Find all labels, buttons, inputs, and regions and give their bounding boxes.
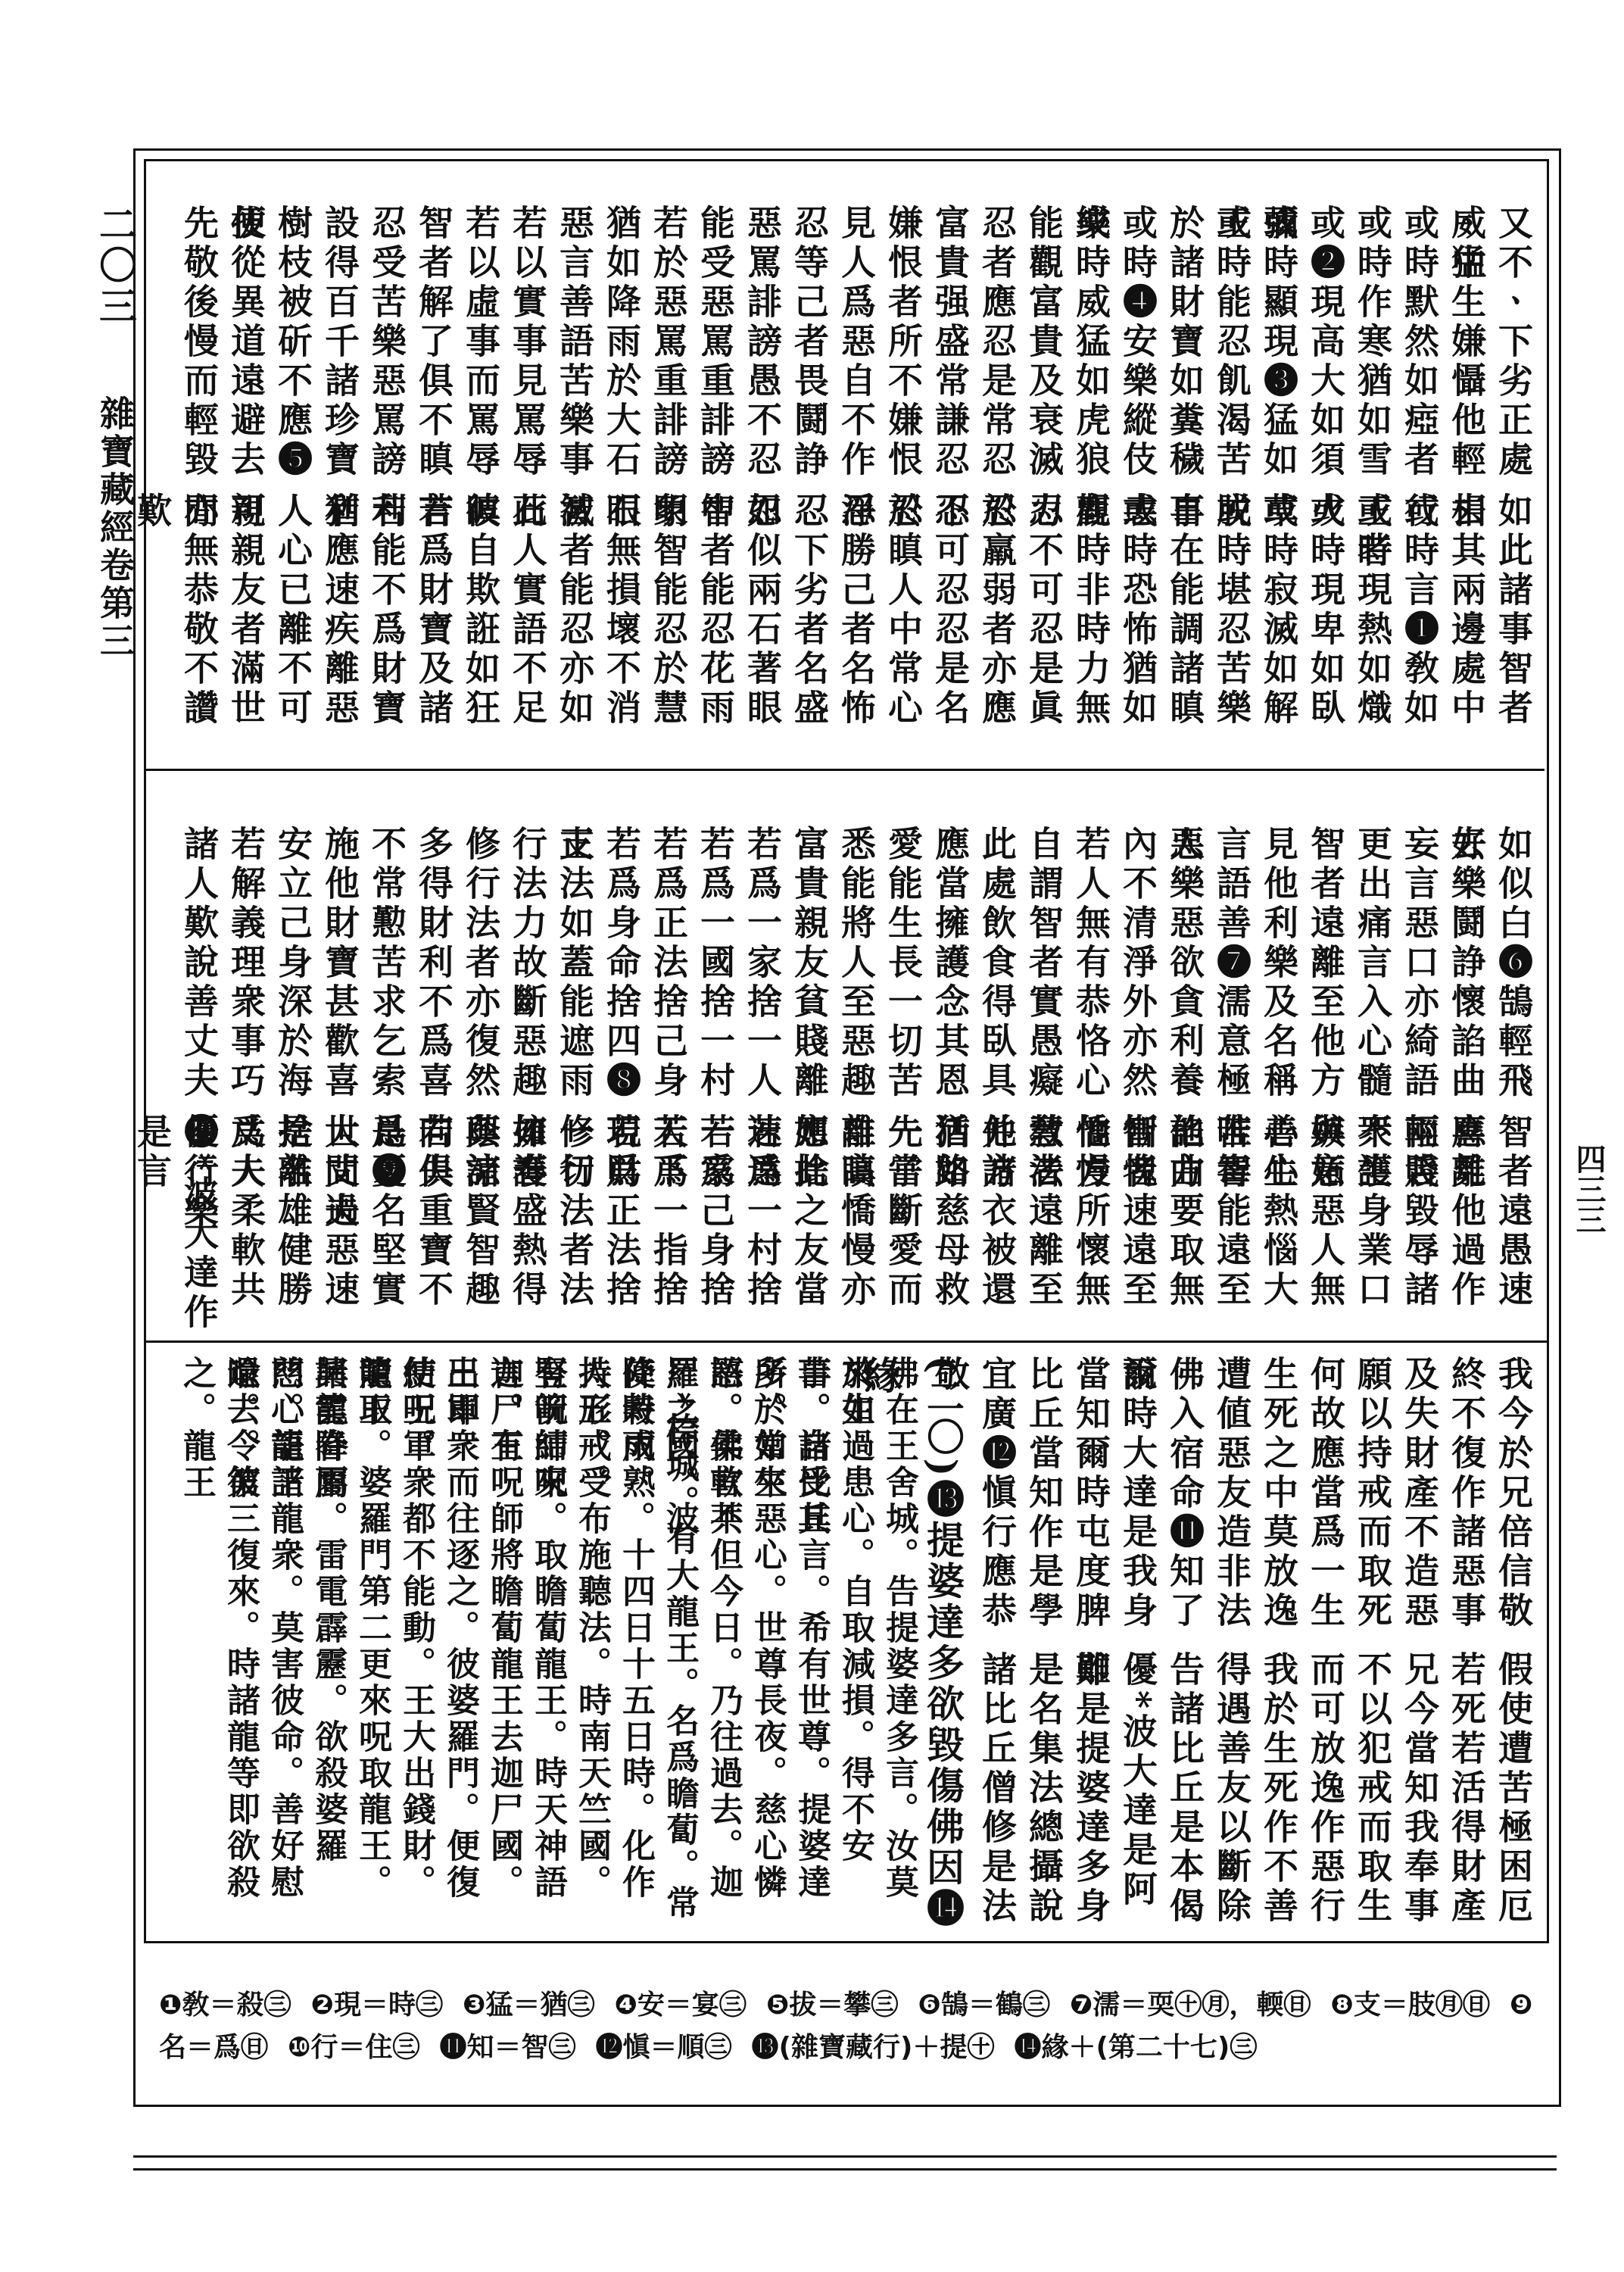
verse-line: 忍等己者畏鬪諍 xyxy=(786,204,833,492)
verse-line: 設得百千諸珍寶 xyxy=(316,204,363,492)
upper-verse-column: 或時顯現❸猛如王或時寂滅如解脱 xyxy=(1255,204,1302,765)
verse-line: 諸比丘僧修是法 xyxy=(974,1651,1021,1939)
verse-line: 即是提婆達多身 xyxy=(1068,1651,1114,1939)
middle-verse-column: 如似白❻鵠輕飛去智者遠愚速應離 xyxy=(1490,825,1537,1340)
verse-line: 猶應速疾離惡人 xyxy=(316,492,363,765)
verse-line: 亦無恭敬不讚歎 xyxy=(176,492,223,765)
verse-line: 遭値惡友造非法 xyxy=(1208,1356,1255,1651)
footnote: ⓫知＝智㊂ xyxy=(440,2032,576,2063)
verse-line: 多得財利不爲喜 xyxy=(410,825,457,1113)
verse-line: 或❷現高大如須彌 xyxy=(1302,204,1349,492)
verse-line: 樹枝被斫不應❺拔 xyxy=(270,204,316,492)
verse-line: 諸人歎說善丈夫 xyxy=(176,825,223,1113)
verse-line: 得遇善友以斷除 xyxy=(1208,1651,1255,1939)
verse-line: 妄言惡口亦綺語 xyxy=(1396,825,1443,1113)
verse-line: 富貴强盛常謙忍 xyxy=(927,204,974,492)
verse-line: 何故應當爲一生 xyxy=(1302,1356,1349,1651)
middle-verse-column: 若爲一國捨一村若爲己身捨天下 xyxy=(692,825,739,1340)
lower-verse-column: 何故應當爲一生而可放逸作惡行 xyxy=(1302,1356,1349,1946)
middle-verse-column: 行法力故斷惡趣如春盛熱得蔭涼 xyxy=(504,825,551,1340)
upper-verse-column: 若以實事見罵辱此人實語不足瞋 xyxy=(504,204,551,765)
verse-line: 惡罵誹謗愚不忍 xyxy=(739,204,786,492)
verse-line: 如似兩石著眼中 xyxy=(739,492,786,765)
verse-line: 若人無有恭恪心 xyxy=(1068,825,1114,1113)
verse-line: 兄今當知我奉事 xyxy=(1396,1651,1443,1939)
verse-line: 若爲財寶及諸利 xyxy=(410,492,457,765)
middle-verse-column: 富貴親友貧賤離如此之友當速遠 xyxy=(786,825,833,1340)
verse-line: 我於生死作不善 xyxy=(1255,1651,1302,1939)
middle-verse-column: 智者遠離至他方嫉妬惡人無善心 xyxy=(1302,825,1349,1340)
verse-line: 內不清淨外亦然 xyxy=(1114,825,1161,1113)
verse-line: 若爲正法捨己身 xyxy=(645,825,692,1113)
verse-line: 能觀富貴及衰滅 xyxy=(1021,204,1068,492)
verse-line: 或時默然如瘂者 xyxy=(1396,204,1443,492)
footnote: ⓭(雜寶藏行)＋提㊉ xyxy=(752,2032,995,2063)
verse-line: 不常懃苦求乞索 xyxy=(363,825,410,1113)
middle-verse-column: 見他利樂及名稱心生熱惱大苦毒 xyxy=(1255,825,1302,1340)
verse-line: 忍勝己者名怖忍 xyxy=(833,492,880,765)
upper-verse-column: 又不ㆍ下劣正處ㆍ中如此諸事智者相 xyxy=(1490,204,1537,765)
verse-line: 愛能生長一切苦 xyxy=(880,825,927,1113)
upper-verse-column: 若於惡罵重誹謗明智能忍於慧眼 xyxy=(645,204,692,765)
verse-line: 智者遠離至他方 xyxy=(1302,825,1349,1113)
verse-line: 及失財產不造惡 xyxy=(1396,1356,1443,1651)
verse-line: 去其兩邊處中行 xyxy=(1443,492,1490,765)
verse-line: 不以犯戒而取生 xyxy=(1349,1651,1396,1939)
verse-line: 言語善❼濡意極惡 xyxy=(1208,825,1255,1113)
footnote: ❽支＝肢㊊㊐ xyxy=(1330,1990,1489,2021)
verse-line: 宜廣⓬愼行應恭敬 xyxy=(974,1356,1021,1651)
upper-verse-column: 或時能忍飢渴苦或時堪忍苦樂事 xyxy=(1208,204,1255,765)
verse-line: 忍者應忍是常忍 xyxy=(974,204,1021,492)
footnote: ❹安＝宴㊂ xyxy=(614,1990,746,2021)
verse-line: 又不ㆍ下劣正處ㆍ中 xyxy=(1490,204,1537,492)
upper-verse-column: 或時默然如瘂者或時言❶敎如王者 xyxy=(1396,204,1443,765)
middle-verse-column: 若爲身命捨四❽支若爲正法捨一切 xyxy=(598,825,645,1340)
middle-verse-column: 應當擁護念其恩猶如慈母救一子 xyxy=(927,825,974,1340)
verse-line: 或時能忍飢渴苦 xyxy=(1208,204,1255,492)
upper-verse-section: 又不ㆍ下劣正處ㆍ中如此諸事智者相威猛生嫌懾他輕去其兩邊處中行或時默然如瘂者或時言… xyxy=(159,204,1537,765)
upper-verse-column: 惡罵誹謗愚不忍如似兩石著眼中 xyxy=(739,204,786,765)
verse-line: 惡言善語苦樂事 xyxy=(551,204,598,492)
upper-verse-column: 便從異道遠避去可親友者滿世間 xyxy=(223,204,270,765)
verse-line: 忍不可忍是眞忍 xyxy=(1021,492,1068,765)
verse-line: 是名集法總攝說 xyxy=(1021,1651,1068,1939)
upper-verse-block: 又不ㆍ下劣正處ㆍ中如此諸事智者相威猛生嫌懾他輕去其兩邊處中行或時默然如瘂者或時言… xyxy=(176,204,1537,765)
lower-verse-column: 生死之中莫放逸我於生死作不善 xyxy=(1255,1356,1302,1946)
lower-verse-column: 比丘當知作是學是名集法總攝說 xyxy=(1021,1356,1068,1946)
verse-line: 我今於兄倍信敬 xyxy=(1490,1356,1537,1651)
middle-verse-column: 愛能生長一切苦先當斷愛而離瞋 xyxy=(880,825,927,1340)
lower-verse-column: 我今於兄倍信敬假使遭苦極困厄 xyxy=(1490,1356,1537,1946)
middle-verse-column: 自謂智者實愚癡慧者遠離至他方 xyxy=(1021,825,1068,1340)
bottom-double-rule xyxy=(133,2155,1557,2171)
middle-verse-column: 修行法者亦復然與諸賢智趣向俱 xyxy=(457,825,504,1340)
verse-line: 不可忍忍是名忍 xyxy=(927,492,974,765)
footnote: ❸猛＝猶㊂ xyxy=(463,1990,594,2021)
page-number: 四三三 xyxy=(1567,1144,1610,1234)
footnote: ❻鵠＝鶴㊂ xyxy=(918,1990,1049,2021)
middle-verse-column: 若人無有恭恪心憍慢所懷無敎法 xyxy=(1068,825,1114,1340)
verse-line: 若以虛事而罵辱 xyxy=(457,204,504,492)
upper-verse-column: 富貴强盛常謙忍不可忍忍是名忍 xyxy=(927,204,974,765)
verse-line: 若爲一國捨一村 xyxy=(692,825,739,1113)
verse-line: 人心已離不可親 xyxy=(270,492,316,765)
verse-line: 富貴親友貧賤離 xyxy=(786,825,833,1113)
verse-line: 當知爾時屯度脾 xyxy=(1068,1356,1114,1651)
verse-line: 智者能忍亦如石 xyxy=(551,492,598,765)
verse-line: 終不復作諸惡事 xyxy=(1443,1356,1490,1651)
verse-line: 於瞋人中常心淨 xyxy=(880,492,927,765)
verse-line: 或時作寒猶如雪 xyxy=(1349,204,1396,492)
verse-line: 此處飲食得臥具 xyxy=(974,825,1021,1113)
verse-line: 若於惡罵重誹謗 xyxy=(645,204,692,492)
verse-line: 更出痛言入心髓 xyxy=(1349,825,1396,1113)
middle-verse-column: 更出痛言入心髓不護身業口與意 xyxy=(1349,825,1396,1340)
upper-verse-column: 威猛生嫌懾他輕去其兩邊處中行 xyxy=(1443,204,1490,765)
lower-verse-column: 佛入宿命⓫知了說告諸比丘是本偈 xyxy=(1161,1356,1208,1946)
middle-verse-column: 人樂惡欲貪利養諂曲要取無慚愧 xyxy=(1161,825,1208,1340)
verse-line: 可親友者滿世間 xyxy=(223,492,270,765)
middle-verse-column: 諸人歎說善丈夫優*波大達作是言 xyxy=(176,825,223,1340)
prose-line: 龍王。婆羅門第二更來呪取龍王。諸龍眷屬 xyxy=(350,1356,394,1931)
verse-line: 生死之中莫放逸 xyxy=(1255,1356,1302,1651)
middle-verse-column: 不常懃苦求乞索是❾名堅實大丈夫 xyxy=(363,825,410,1340)
middle-verse-column: 施他財寶甚歡喜世間過惡速捨離 xyxy=(316,825,363,1340)
verse-line: 此人實語不足瞋 xyxy=(504,492,551,765)
lower-section: 我今於兄倍信敬假使遭苦極困厄終不復作諸惡事若死若活得財產及失財產不造惡兄今當知我… xyxy=(159,1356,1537,1946)
verse-line: 智者解了俱不瞋 xyxy=(410,204,457,492)
verse-line: 如此諸事智者相 xyxy=(1490,492,1537,765)
volume-page-number: 二〇三 xyxy=(93,204,137,327)
verse-line: 智者能忍花雨象 xyxy=(692,492,739,765)
middle-verse-column: 悉能將人至惡趣自高憍慢亦應捨 xyxy=(833,825,880,1340)
middle-verse-column: 多得財利不爲喜若失重寶不爲憂 xyxy=(410,825,457,1340)
verse-line: 或時❹安樂縱伎樂 xyxy=(1114,204,1161,492)
verse-line: 於諸財寶如糞穢 xyxy=(1161,204,1208,492)
verse-line: 自謂智者實愚癡 xyxy=(1021,825,1068,1113)
upper-verse-column: 猶如降雨於大石石無損壞不消滅 xyxy=(598,204,645,765)
middle-verse-section: 如似白❻鵠輕飛去智者遠愚速應離好樂鬪諍懷諂曲喜見他過作兩舌妄言惡口亦綺語輕賤毀辱… xyxy=(159,825,1537,1340)
upper-verse-column: 或時作寒猶如雪或時現熱如熾火 xyxy=(1349,204,1396,765)
upper-verse-column: 見人爲惡自不作忍勝己者名怖忍 xyxy=(833,204,880,765)
verse-line: 觀時非時力無力 xyxy=(1068,492,1114,765)
upper-verse-column: 先敬後慢而輕毀亦無恭敬不讚歎 xyxy=(176,204,223,765)
verse-line: 或時威猛如虎狼 xyxy=(1068,204,1114,492)
upper-verse-column: 設得百千諸珍寶猶應速疾離惡人 xyxy=(316,204,363,765)
upper-verse-column: 智者解了俱不瞋若爲財寶及諸利 xyxy=(410,204,457,765)
footnote: ❿行＝住㊂ xyxy=(288,2032,419,2063)
verse-line: 行法力故斷惡趣 xyxy=(504,825,551,1113)
upper-verse-column: 於諸財寶如糞穢自在能調諸瞋恚 xyxy=(1161,204,1208,765)
middle-verse-column: 若爲正法捨己身若爲一指捨現財 xyxy=(645,825,692,1340)
verse-line: 若死若活得財產 xyxy=(1443,1651,1490,1939)
upper-verse-column: 或時威猛如虎狼觀時非時力無力 xyxy=(1068,204,1114,765)
verse-line: 嫌恨者所不嫌恨 xyxy=(880,204,927,492)
footnote: ❷現＝時㊂ xyxy=(310,1990,442,2021)
chapter-title: (二〇)⓭提婆達多欲毀傷佛因⓮緣 xyxy=(921,1356,974,1946)
verse-line: 悉能將人至惡趣 xyxy=(833,825,880,1113)
verse-line: 人樂惡欲貪利養 xyxy=(1161,825,1208,1113)
lower-verse-column: 遭値惡友造非法得遇善友以斷除 xyxy=(1208,1356,1255,1946)
verse-line: 若爲一家捨一人 xyxy=(739,825,786,1113)
middle-verse-column: 若解義理衆事巧爲人柔軟共❿行樂 xyxy=(223,825,270,1340)
verse-line: 忍受苦樂惡罵謗 xyxy=(363,204,410,492)
verse-line: 見人爲惡自不作 xyxy=(833,204,880,492)
verse-line: 先敬後慢而輕毀 xyxy=(176,204,223,492)
prose-line: 來生過患心。自取減損。得不安事。自受其 xyxy=(833,1356,877,1931)
middle-verse-column: 正法如蓋能遮雨修行法者法擁護 xyxy=(551,825,598,1340)
verse-line: 而可放逸作惡行 xyxy=(1302,1651,1349,1939)
lower-verse-column: 爾時大達是我身優*波大達是阿難 xyxy=(1114,1356,1161,1946)
lower-verse-column: 願以持戒而取死不以犯戒而取生 xyxy=(1349,1356,1396,1946)
lower-verse-column: 宜廣⓬愼行應恭敬諸比丘僧修是法 xyxy=(974,1356,1021,1946)
footnotes: ❶敎＝殺㊂❷現＝時㊂❸猛＝猶㊂❹安＝宴㊂❺拔＝攀㊂❻鵠＝鶴㊂❼濡＝耎㊉㊊，輭㊐❽… xyxy=(159,1984,1552,2069)
verse-line: 安立己身深於海 xyxy=(270,825,316,1113)
upper-verse-column: 忍等己者畏鬪諍忍下劣者名盛忍 xyxy=(786,204,833,765)
middle-verse-column: 此處飲食得臥具并諸衣被還活路 xyxy=(974,825,1021,1340)
upper-verse-column: 忍受苦樂惡罵謗若能不爲財寶利 xyxy=(363,204,410,765)
verse-line: 或時寂滅如解脱 xyxy=(1255,492,1302,765)
upper-verse-column: 能受惡罵重誹謗智者能忍花雨象 xyxy=(692,204,739,765)
verse-line: 智者遠愚速應離 xyxy=(1490,1113,1537,1340)
verse-line: 正法如蓋能遮雨 xyxy=(551,825,598,1113)
section-divider-1 xyxy=(144,769,1545,771)
verse-line: 若解義理衆事巧 xyxy=(223,825,270,1113)
verse-line: 或時現卑如臥草 xyxy=(1302,492,1349,765)
verse-line: 彼自欺誑如狂言 xyxy=(457,492,504,765)
verse-line: 應當擁護念其恩 xyxy=(927,825,974,1113)
verse-line: 於羸弱者亦應忍 xyxy=(974,492,1021,765)
middle-verse-column: 妄言惡口亦綺語輕賤毀辱諸衆生 xyxy=(1396,825,1443,1340)
verse-line: 能受惡罵重誹謗 xyxy=(692,204,739,492)
upper-verse-column: 嫌恨者所不嫌恨於瞋人中常心淨 xyxy=(880,204,927,765)
verse-line: 或時堪忍苦樂事 xyxy=(1208,492,1255,765)
verse-line: 見他利樂及名稱 xyxy=(1255,825,1302,1113)
verse-line: 願以持戒而取死 xyxy=(1349,1356,1396,1651)
verse-line: 明智能忍於慧眼 xyxy=(645,492,692,765)
upper-verse-column: 惡言善語苦樂事智者能忍亦如石 xyxy=(551,204,598,765)
footnote: ⓬愼＝順㊂ xyxy=(596,2032,732,2063)
verse-line: 若爲身命捨四❽支 xyxy=(598,825,645,1113)
upper-verse-column: 或❷現高大如須彌或時現卑如臥草 xyxy=(1302,204,1349,765)
upper-verse-column: 能觀富貴及衰滅忍不可忍是眞忍 xyxy=(1021,204,1068,765)
verse-line: 優*波大達是阿難 xyxy=(1114,1651,1161,1939)
verse-line: 忍下劣者名盛忍 xyxy=(786,492,833,765)
footnote: ❶敎＝殺㊂ xyxy=(159,1990,291,2021)
prose-line: 出軍衆而往逐之。彼婆羅門。便復結呪。 xyxy=(438,1356,482,1931)
lower-verse-column: 終不復作諸惡事若死若活得財產 xyxy=(1443,1356,1490,1946)
verse-line: 若能不爲財寶利 xyxy=(363,492,410,765)
upper-verse-column: 若以虛事而罵辱彼自欺誑如狂言 xyxy=(457,204,504,765)
middle-verse-column: 若爲一家捨一人若爲一村捨一家 xyxy=(739,825,786,1340)
middle-verse-column: 內不清淨外亦然智者速遠至他方 xyxy=(1114,825,1161,1340)
verse-line: 或時言❶敎如王者 xyxy=(1396,492,1443,765)
verse-line: 如似白❻鵠輕飛去 xyxy=(1490,825,1537,1113)
verse-line: 好樂鬪諍懷諂曲 xyxy=(1443,825,1490,1113)
footnote: ❼濡＝耎㊉㊊，輭㊐ xyxy=(1070,1990,1311,2021)
verse-line: 告諸比丘是本偈 xyxy=(1161,1651,1208,1939)
upper-verse-column: 忍者應忍是常忍於羸弱者亦應忍 xyxy=(974,204,1021,765)
footnote: ❺拔＝攀㊂ xyxy=(766,1990,898,2021)
verse-line: 假使遭苦極困厄 xyxy=(1490,1651,1537,1939)
verse-line: 或時恐怖猶如鹿 xyxy=(1114,492,1161,765)
verse-line: 施他財寶甚歡喜 xyxy=(316,825,363,1113)
upper-verse-column: 或時❹安樂縱伎樂或時恐怖猶如鹿 xyxy=(1114,204,1161,765)
lower-verse-column: 及失財產不造惡兄今當知我奉事 xyxy=(1396,1356,1443,1946)
middle-verse-column: 好樂鬪諍懷諂曲喜見他過作兩舌 xyxy=(1443,825,1490,1340)
verse-line: 比丘當知作是學 xyxy=(1021,1356,1068,1651)
verse-line: 或時顯現❸猛如王 xyxy=(1255,204,1302,492)
middle-verse-column: 安立己身深於海是名雄健勝丈夫 xyxy=(270,825,316,1340)
verse-line: 自在能調諸瞋恚 xyxy=(1161,492,1208,765)
verse-line: 猶如降雨於大石 xyxy=(598,204,645,492)
verse-line: 修行法者亦復然 xyxy=(457,825,504,1113)
footnote: ⓮緣＋(第二十七)㊂ xyxy=(1014,2032,1257,2063)
upper-verse-column: 樹枝被斫不應❺拔人心已離不可親 xyxy=(270,204,316,765)
verse-line: 若以實事見罵辱 xyxy=(504,204,551,492)
verse-line: 佛入宿命⓫知了說 xyxy=(1161,1356,1208,1651)
verse-line: 便從異道遠避去 xyxy=(223,204,270,492)
verse-line: 爾時大達是我身 xyxy=(1114,1356,1161,1651)
middle-verse-column: 言語善❼濡意極惡唯智能遠至他方 xyxy=(1208,825,1255,1340)
verse-line: 石無損壞不消滅 xyxy=(598,492,645,765)
